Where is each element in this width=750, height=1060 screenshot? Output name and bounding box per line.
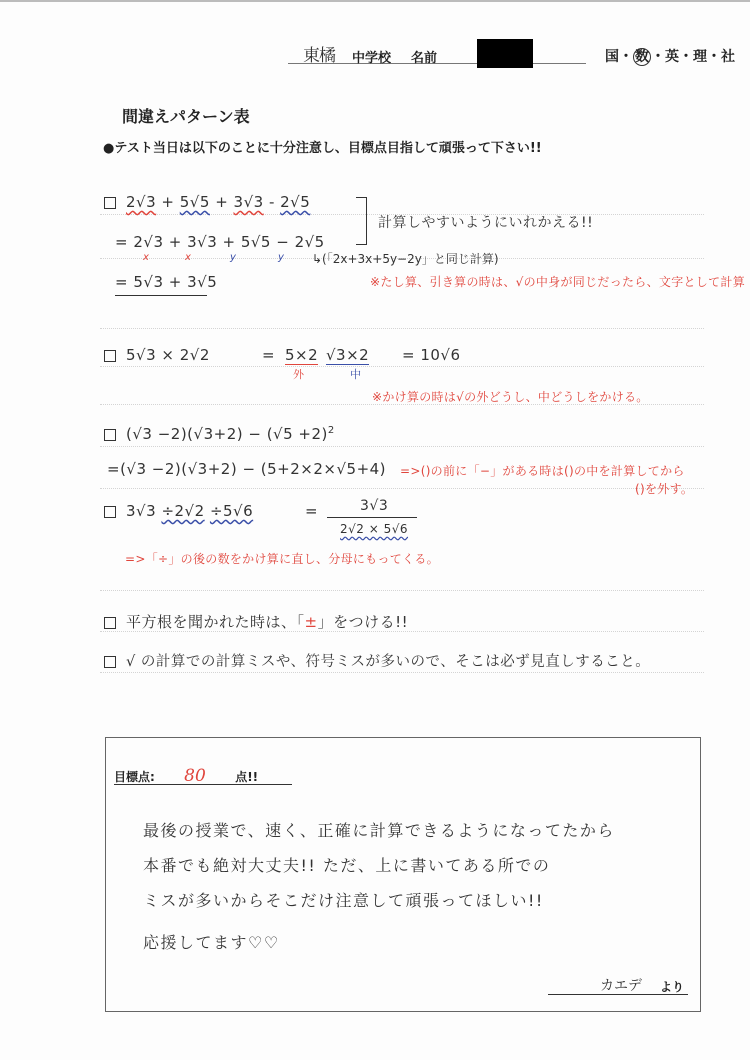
subject-japanese: 国 [605,49,619,65]
checkbox[interactable] [104,350,116,362]
final-answer-underline [115,295,207,296]
item-2-red-note: ※かけ算の時は√の外どうし、中どうしをかける。 [372,388,649,405]
item-1-problem: 2√3 + 5√5 + 3√3 - 2√5 [104,193,310,211]
ruled-line [100,488,704,489]
message-line-3: ミスが多いからそこだけ注意して頑張ってほしい!! [143,888,544,911]
goal-label: 目標点: [114,770,155,784]
item-3-red-note-2: ()を外す。 [635,480,693,497]
outer-product: 5×2 [285,346,318,365]
ruled-line [100,446,704,447]
goal-underline [114,784,292,785]
bracket-arrow [356,197,367,245]
checkbox[interactable] [104,429,116,441]
label-y: y [230,252,236,263]
item-1-step1: = 2√3 + 3√3 + 5√5 − 2√5 [115,233,325,251]
item-1-result: = 5√3 + 3√5 [115,273,217,291]
fraction-denominator: 2√2 × 5√6 [340,522,408,536]
item-1-analogy-note: ↳(「2x+3x+5y−2y」と同じ計算) [312,250,499,267]
inner-product: √3×2 [326,346,369,365]
goal-suffix: 点!! [235,770,258,784]
checkbox[interactable] [104,506,116,518]
item-2-result: = 10√6 [402,346,461,364]
item-2-problem: 5√3 × 2√2 [104,346,210,364]
subject-english: 英 [665,49,679,65]
name-label: 名前 [411,47,437,66]
message-line-4: 応援してます♡♡ [143,930,280,953]
ruled-line [100,590,704,591]
item-3-red-note-1: =>()の前に「−」がある時は()の中を計算してから [400,462,685,479]
signature-line [548,994,688,995]
page-title: 間違えパターン表 [122,104,250,127]
item-5-text: 平方根を聞かれた時は、「±」をつける!! [104,611,408,632]
fraction-bar [327,517,417,518]
message-line-2: 本番でも絶対大丈夫!! ただ、上に書いてある所での [143,853,550,876]
ruled-line [100,366,704,367]
subject-science: 理 [693,49,707,65]
outer-label: 外 [293,366,304,382]
school-label: 中学校 [352,47,391,66]
signature-name: カエデ [600,975,642,995]
redacted-name [477,39,533,68]
ruled-line [100,672,704,673]
ruled-line [100,328,704,329]
checkbox[interactable] [104,197,116,209]
plus-minus-symbol: ± [305,613,318,631]
goal-value: 80 [159,766,231,786]
scan-edge [0,0,750,2]
item-1-red-note: ※たし算、引き算の時は、√の中身が同じだったら、文字として計算 [370,273,745,290]
fraction-numerator: 3√3 [360,498,388,514]
goal-score: 目標点: 80 点!! [114,766,258,786]
inner-label: 中 [350,366,361,382]
checkbox[interactable] [104,617,116,629]
instruction-text: ●テスト当日は以下のことに十分注意し、目標点目指して頑張って下さい!! [103,137,542,156]
item-6-text: √ の計算での計算ミスや、符号ミスが多いので、そこは必ず見直しすること。 [104,650,650,671]
message-line-1: 最後の授業で、速く、正確に計算できるようになってたから [143,818,615,841]
item-1-bracket-note: 計算しやすいようにいれかえる!! [378,212,593,232]
item-4-problem: 3√3 ÷2√2 ÷5√6 [104,502,253,520]
equals-sign: = [305,502,318,520]
label-x: x [185,252,191,263]
subject-list: 国・数・英・理・社 [605,46,735,66]
item-3-step1: =(√3 −2)(√3+2) − (5+2×2×√5+4) [107,460,386,478]
subject-social: 社 [721,49,735,65]
item-3-problem: (√3 −2)(√3+2) − (√5 +2)2 [104,425,335,443]
signature-suffix: より [660,978,684,995]
label-x: x [143,252,149,263]
subject-math-circled: 数 [633,48,651,66]
equals-sign: = [262,346,275,364]
school-name: 東橘 [303,41,335,66]
label-y: y [278,252,284,263]
item-4-red-note: =>「÷」の後の数をかけ算に直し、分母にもってくる。 [125,550,439,567]
checkbox[interactable] [104,656,116,668]
